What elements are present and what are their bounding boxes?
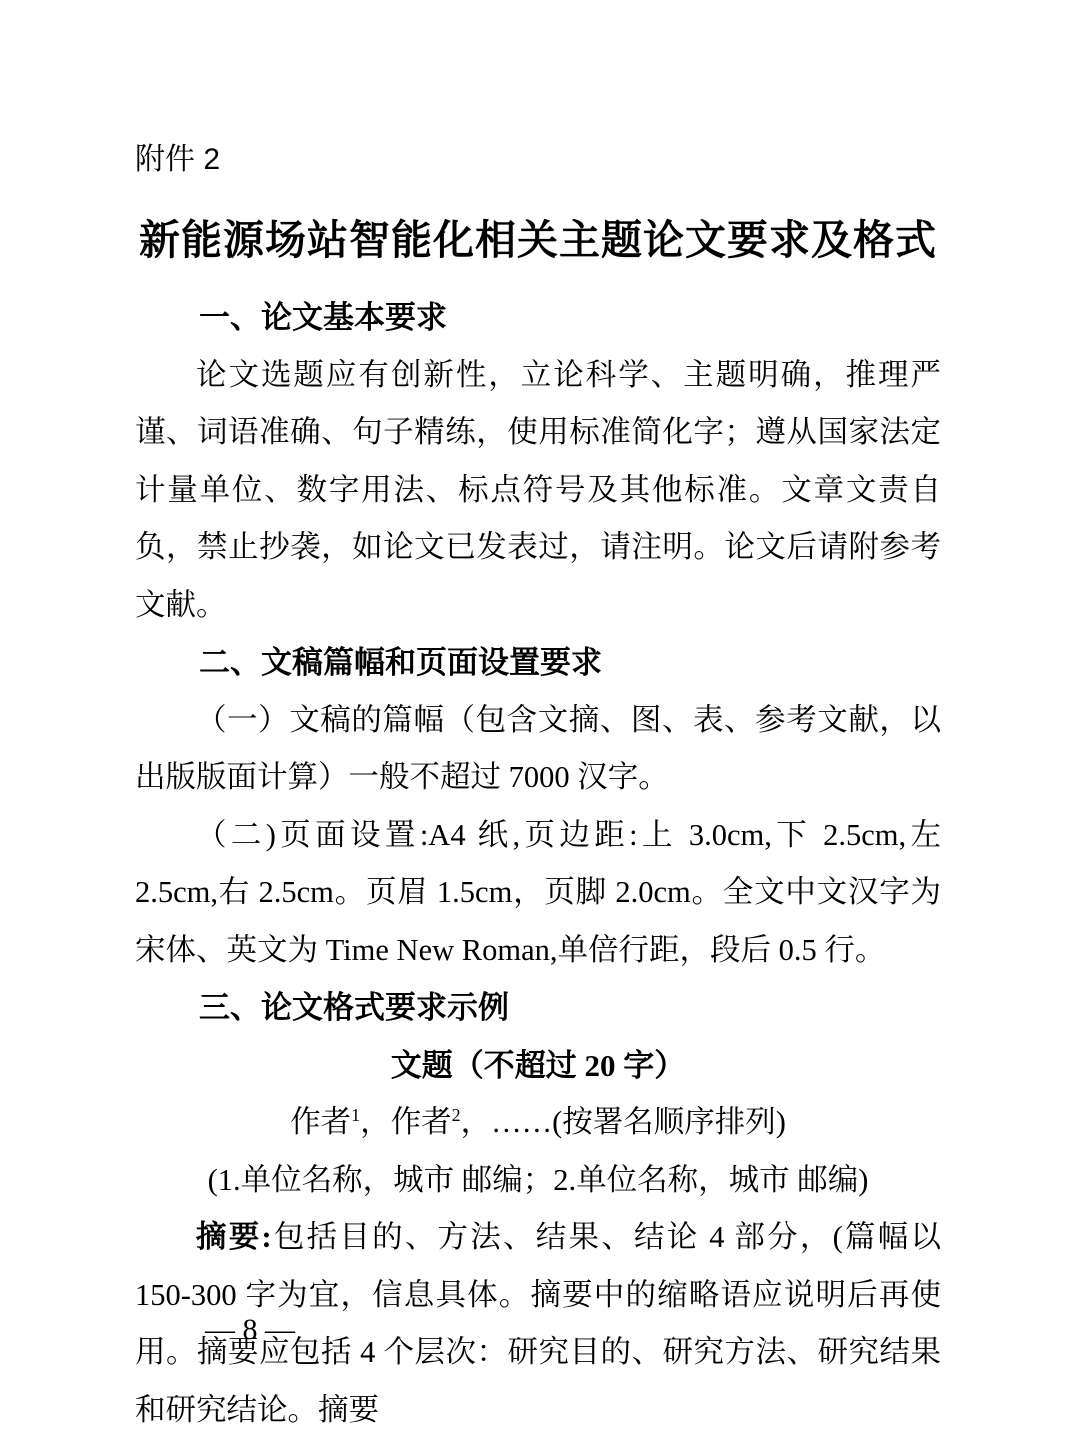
document-title: 新能源场站智能化相关主题论文要求及格式	[135, 213, 941, 267]
authors-tail: ，……(按署名顺序排列)	[461, 1105, 786, 1139]
section3-heading: 三、论文格式要求示例	[135, 979, 941, 1037]
document-content: 附件 2 新能源场站智能化相关主题论文要求及格式 一、论文基本要求 论文选题应有…	[135, 0, 941, 1436]
author-superscript-1: 1	[351, 1105, 360, 1125]
author-separator: ，	[360, 1105, 391, 1139]
abstract-label: 摘要:	[196, 1220, 272, 1254]
section1-heading: 一、论文基本要求	[135, 289, 941, 347]
author-name-2: 作者	[391, 1105, 452, 1139]
example-affiliation-line: (1.单位名称，城市 邮编；2.单位名称，城市 邮编)	[135, 1152, 941, 1210]
author-name-1: 作者	[290, 1105, 351, 1139]
section1-paragraph: 论文选题应有创新性，立论科学、主题明确，推理严谨、词语准确、句子精练，使用标准简…	[135, 347, 941, 635]
document-page: 附件 2 新能源场站智能化相关主题论文要求及格式 一、论文基本要求 论文选题应有…	[0, 0, 1077, 1436]
author-superscript-2: 2	[452, 1105, 461, 1125]
page-number: — 8 —	[205, 1313, 295, 1346]
example-article-title: 文题（不超过 20 字）	[135, 1037, 941, 1095]
section2-item2-paragraph: （二)页面设置:A4 纸,页边距:上 3.0cm,下 2.5cm,左 2.5cm…	[135, 807, 941, 980]
attachment-label: 附件 2	[135, 141, 941, 179]
example-authors-line: 作者1，作者2，……(按署名顺序排列)	[135, 1094, 941, 1152]
section2-heading: 二、文稿篇幅和页面设置要求	[135, 634, 941, 692]
section2-item1-paragraph: （一）文稿的篇幅（包含文摘、图、表、参考文献，以出版版面计算）一般不超过 700…	[135, 692, 941, 807]
page-footer: — 8 —	[205, 1312, 295, 1348]
